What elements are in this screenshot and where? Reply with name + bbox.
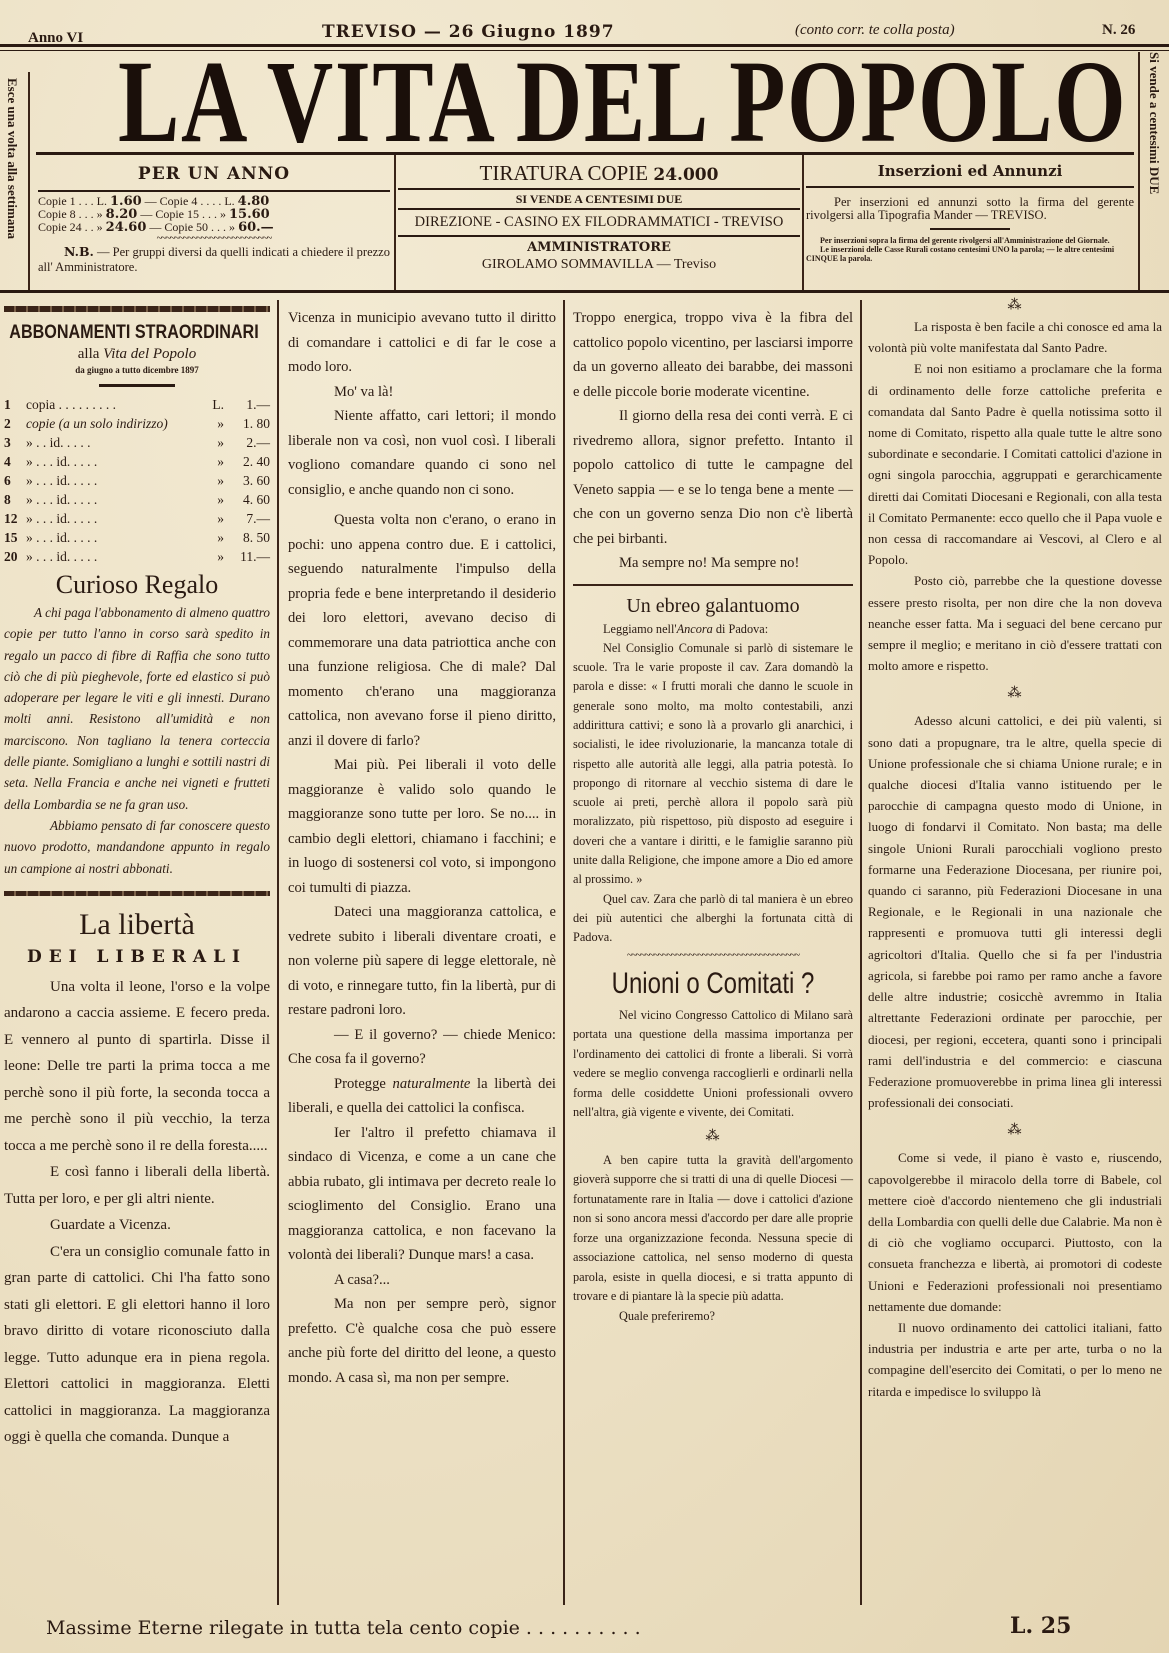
regalo-paragraph: Abbiamo pensato di far conoscere questo … [4,815,270,879]
article-paragraph: A ben capire tutta la gravità dell'argom… [573,1151,853,1307]
liberta-paragraph: C'era un consiglio comunale fatto in gra… [4,1239,270,1451]
table-row: 15» . . . id. . . . .»8. 50 [4,528,270,547]
wavy-divider: ~~~~~~~~~~~~~~~~~~~~~~~~~~ [38,234,390,244]
ads-small-note-1: Per inserzioni sopra la firma del gerent… [806,236,1134,245]
masthead-under-rule [36,152,1134,155]
table-row: 1copia . . . . . . . . .L.1.— [4,395,270,414]
column-3: Troppo energica, troppo viva è la fibra … [573,306,853,1326]
price-per-copy: SI VENDE A CENTESIMI DUE [398,190,800,208]
abbo-divider [99,384,175,387]
article-paragraph: Mai più. Pei liberali il voto delle magg… [288,753,556,900]
table-row: 4» . . . id. . . . .»2. 40 [4,452,270,471]
table-row: 12» . . . id. . . . .»7.— [4,509,270,528]
masthead-title: LA VITA DEL POPOLO [118,48,836,156]
administrator-name: GIROLAMO SOMMAVILLA — Treviso [398,257,800,273]
footer-price: L. 25 [1010,1613,1071,1639]
article-paragraph: Nel Consiglio Comunale si parlò di siste… [573,639,853,890]
article-paragraph: Posto ciò, parrebbe che la questione dov… [868,570,1162,676]
ornament-rule [4,891,270,896]
section-divider [573,584,853,586]
article-paragraph: A casa?... [288,1268,556,1293]
article-paragraph: Adesso alcuni cattolici, e dei più valen… [868,710,1162,1113]
asterism: ⁂ [868,1123,1162,1139]
side-note-left: Esce una volta alla settimana [4,78,20,288]
article-paragraph: E noi non esitiamo a proclamare che la f… [868,358,1162,570]
box-divider-2 [802,155,804,290]
circulation: TIRATURA COPIE 24.000 [398,160,800,188]
box-divider-1 [394,155,396,290]
column-4: ⁂ La risposta è ben facile a chi conosce… [868,298,1162,1402]
article-paragraph: Quale preferiremo? [573,1307,853,1327]
regalo-headline: Curioso Regalo [4,568,270,602]
article-paragraph: Protegge naturalmente la libertà dei lib… [288,1072,556,1121]
subscription-prices: Copie 1 . . . L. 1.60 — Copie 4 . . . . … [38,195,390,234]
ads-box: Inserzioni ed Annunzi Per inserzioni ed … [806,158,1134,288]
liberta-headline: La libertà [4,906,270,944]
subscription-note: N.B. — Per gruppi diversi da quelli indi… [38,244,390,275]
unioni-article: Nel vicino Congresso Cattolico di Milano… [573,1006,853,1327]
side-note-right: Si vende a centesimi DUE [1146,52,1162,292]
column-rule-1 [277,300,279,1605]
masthead-left-rule [28,72,30,290]
footer-advertisement: Massime Eterne rilegate in tutta tela ce… [46,1617,641,1639]
article-paragraph: Ma non per sempre però, signor prefetto.… [288,1292,556,1390]
column-rule-2 [563,300,565,1605]
article-paragraph: Mo' va là! [288,380,556,405]
liberta-subheadline: DEI LIBERALI [4,944,270,970]
abbo-price-table: 1copia . . . . . . . . .L.1.— 2copie (a … [4,395,270,566]
article-paragraph: Troppo energica, troppo viva è la fibra … [573,306,853,404]
article-paragraph: La risposta è ben facile a chi conosce e… [868,316,1162,358]
table-row: 3» . . id. . . . .»2.— [4,433,270,452]
abbo-subtitle: alla Vita del Popolo [4,344,270,364]
masthead-bottom-rule [0,290,1169,293]
subscription-box: PER UN ANNO Copie 1 . . . L. 1.60 — Copi… [38,158,390,288]
article-paragraph: Leggiamo nell'Ancora di Padova: [573,620,853,639]
article-continuation: Troppo energica, troppo viva è la fibra … [573,306,853,576]
column-2: Vicenza in municipio avevano tutto il di… [288,306,556,1390]
unioni-headline: Unioni o Comitati ? [601,962,825,1006]
abbo-title: ABBONAMENTI STRAORDINARI [4,322,264,344]
article-paragraph: Il nuovo ordinamento dei cattolici itali… [868,1317,1162,1402]
article-paragraph: Questa volta non c'erano, o erano in poc… [288,508,556,753]
ornament-rule [4,306,270,312]
administrator-title: AMMINISTRATORE [398,239,800,257]
article-paragraph: Come si vede, il piano è vasto e, riusce… [868,1147,1162,1317]
regalo-paragraph: A chi paga l'abbonamento di almeno quatt… [4,602,270,815]
ebreo-article: Leggiamo nell'Ancora di Padova: Nel Cons… [573,620,853,948]
masthead-right-rule [1138,52,1140,292]
article-paragraph: Ier l'altro il prefetto chiamava il sind… [288,1121,556,1268]
ads-divider [930,228,1010,230]
table-row: 20» . . . id. . . . .»11.— [4,547,270,566]
column-rule-3 [860,300,862,1605]
ads-small-note-2: Le inserzioni delle Casse Rurali costano… [806,245,1134,263]
ads-title: Inserzioni ed Annunzi [806,162,1134,180]
ebreo-headline: Un ebreo galantuomo [573,592,853,620]
table-row: 6» . . . id. . . . .»3. 60 [4,471,270,490]
article-paragraph: Ma sempre no! Ma sempre no! [573,551,853,576]
ads-body: Per inserzioni ed annunzi sotto la firma… [806,196,1134,222]
abbo-period: da giugno a tutto dicembre 1897 [4,364,270,376]
liberta-paragraph: Guardate a Vicenza. [4,1212,270,1239]
liberta-paragraph: Una volta il leone, l'orso e la volpe an… [4,974,270,1160]
article-paragraph: Niente affatto, cari lettori; il mondo l… [288,404,556,502]
asterism: ⁂ [573,1129,853,1145]
asterism: ⁂ [868,298,1162,314]
asterism: ⁂ [868,686,1162,702]
article-paragraph: Nel vicino Congresso Cattolico di Milano… [573,1006,853,1123]
article-paragraph: Il giorno della resa dei conti verrà. E … [573,404,853,551]
table-row: 2copie (a un solo indirizzo)»1. 80 [4,414,270,433]
circulation-box: TIRATURA COPIE 24.000 SI VENDE A CENTESI… [398,158,800,288]
wavy-divider: ~~~~~~~~~~~~~~~~~~~~~~~~~~~~~~~~~~~~~~~ [573,950,853,962]
liberta-paragraph: E così fanno i liberali della libertà. T… [4,1159,270,1212]
article-paragraph: — E il governo? — chiede Menico: Che cos… [288,1023,556,1072]
subscription-title: PER UN ANNO [38,164,390,184]
direction-address: DIREZIONE - CASINO EX FILODRAMMATICI - T… [398,210,800,235]
article-paragraph: Dateci una maggioranza cattolica, e vedr… [288,900,556,1023]
column-1: ABBONAMENTI STRAORDINARI alla Vita del P… [4,306,270,1451]
article-paragraph: Quel cav. Zara che parlò di tal maniera … [573,890,853,948]
article-paragraph: Vicenza in municipio avevano tutto il di… [288,306,556,380]
table-row: 8» . . . id. . . . .»4. 60 [4,490,270,509]
